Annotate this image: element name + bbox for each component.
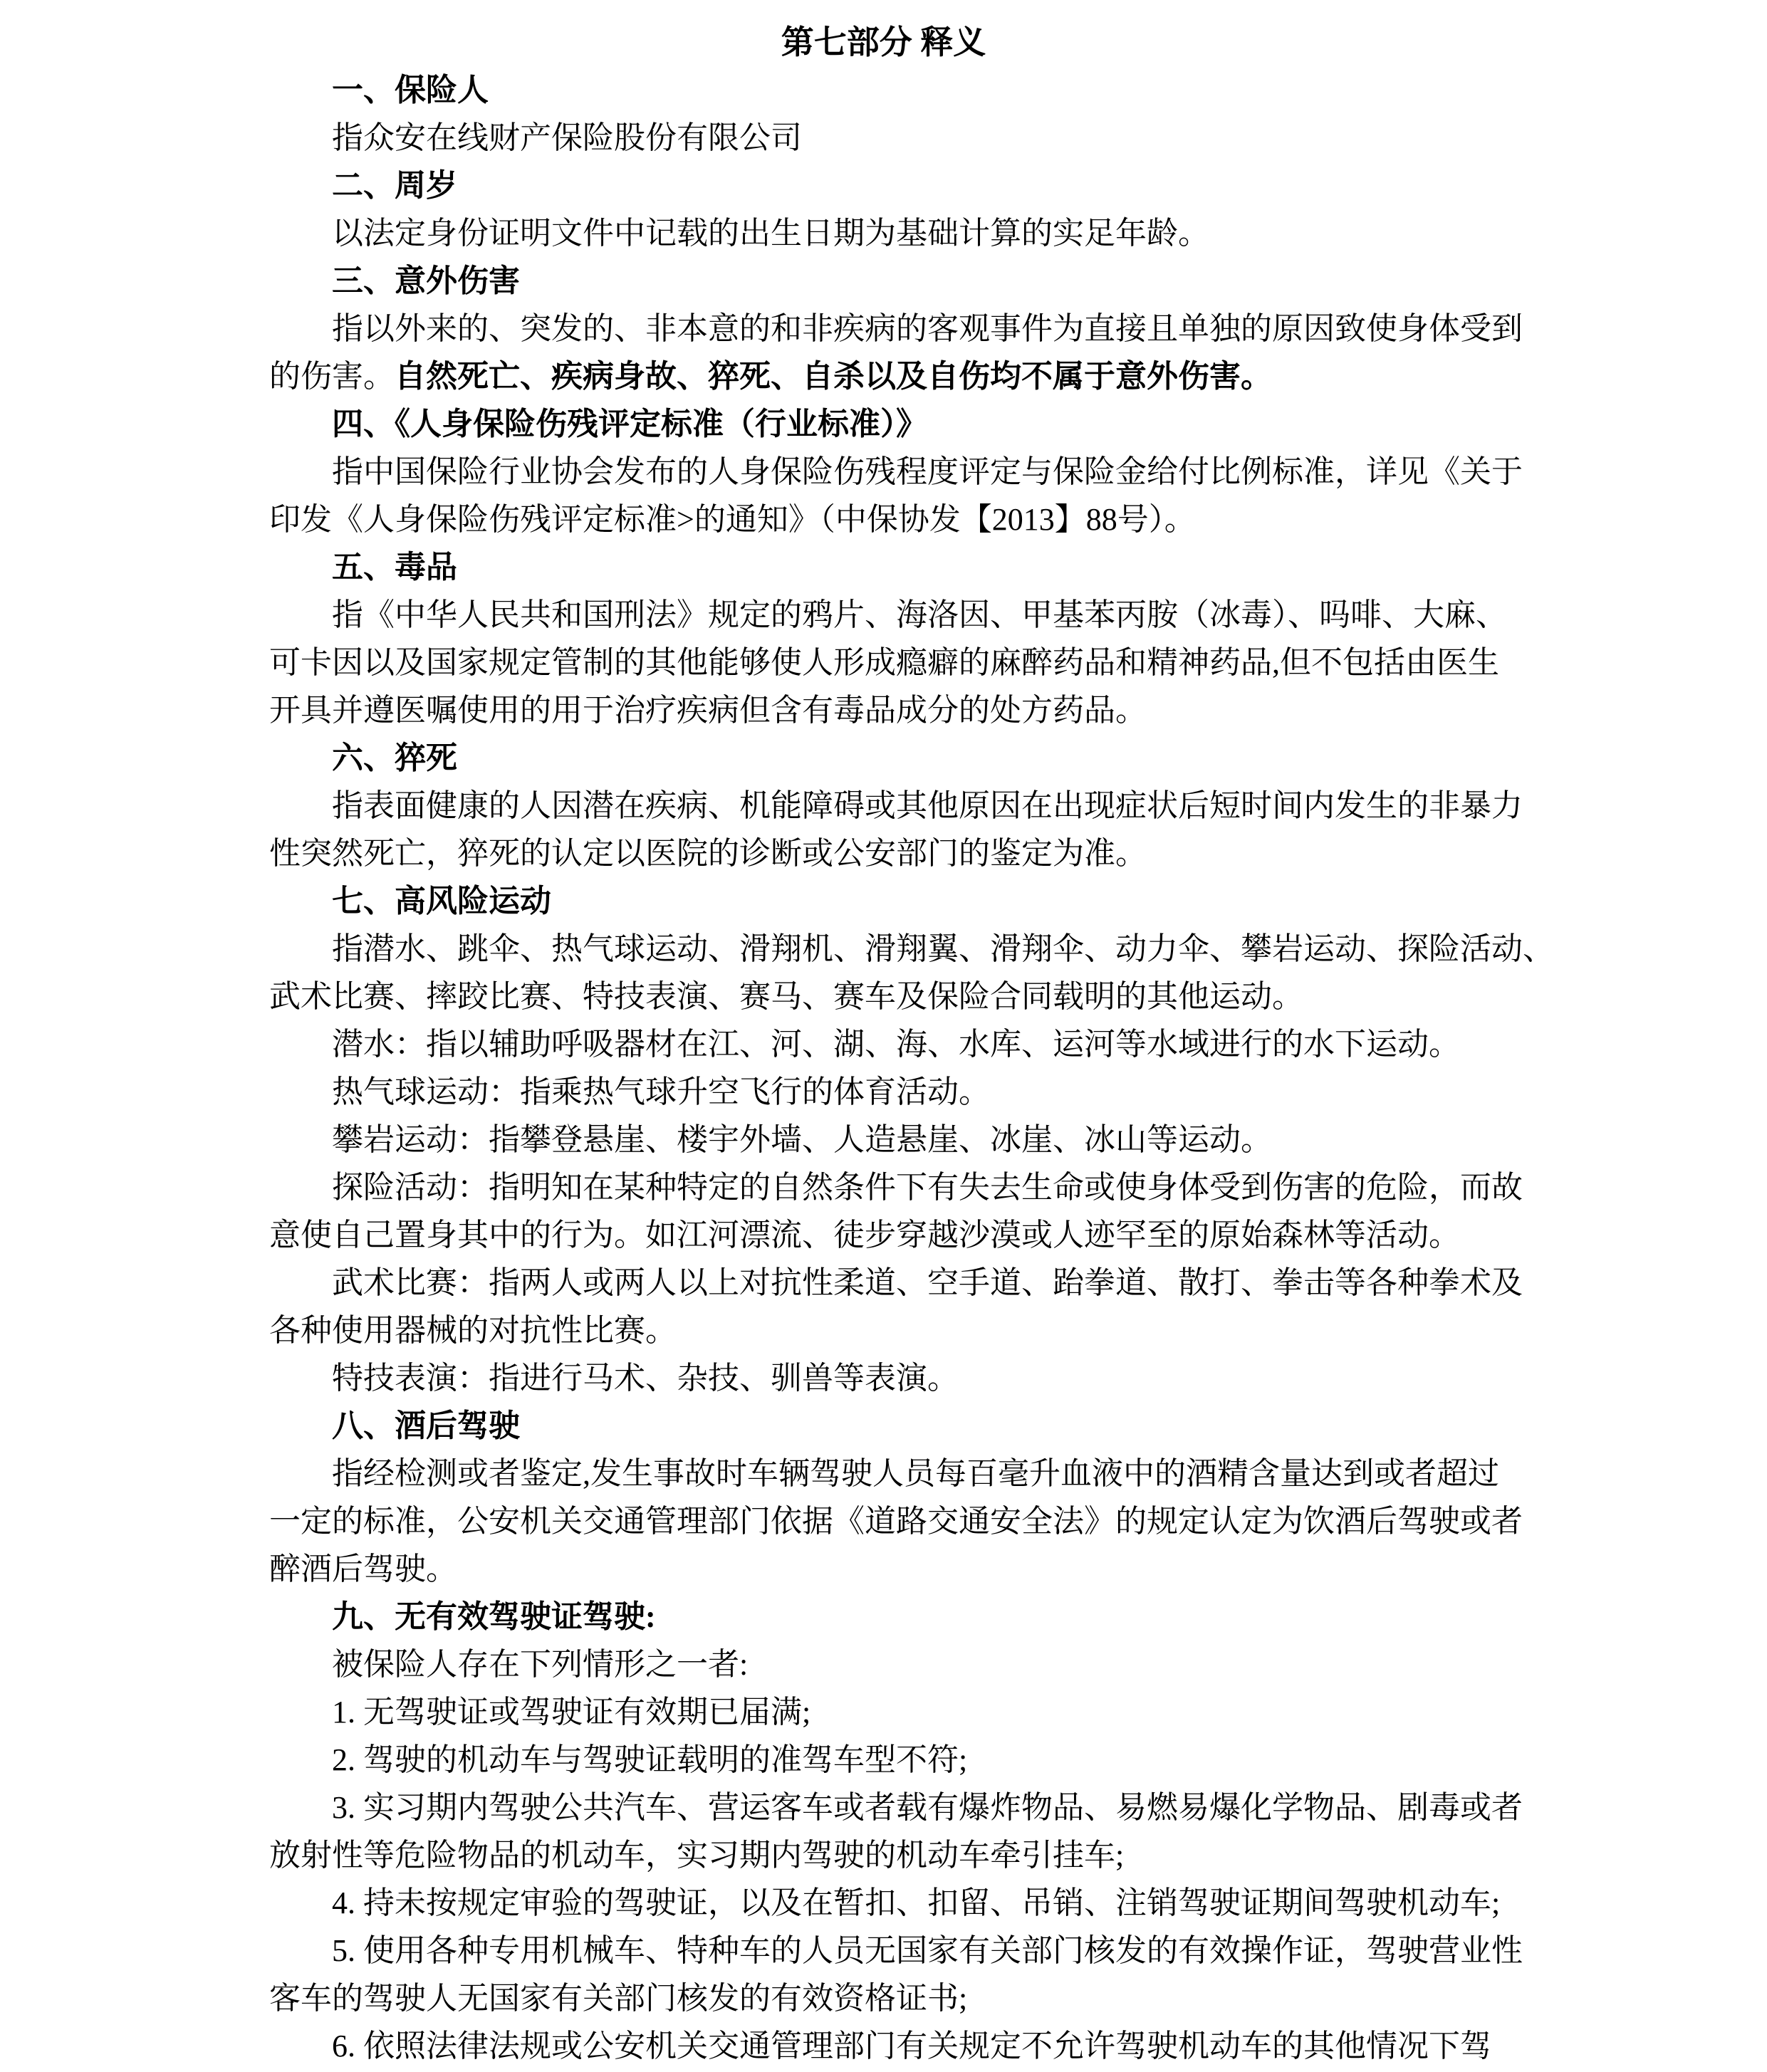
text-line: 3. 实习期内驾驶公共汽车、营运客车或者载有爆炸物品、易燃易爆化学物品、剧毒或者 [269, 1784, 1525, 1831]
section-heading: 七、高风险运动 [269, 877, 1525, 925]
text-segment: 二、周岁 [332, 168, 457, 203]
text-line: 印发《人身保险伤残评定标准>的通知》（中保协发【2013】88号）。 [269, 496, 1525, 543]
text-segment: 各种使用器械的对抗性比赛。 [269, 1313, 677, 1348]
section-heading: 四、《人身保险伤残评定标准（行业标准）》 [269, 400, 1525, 448]
document-page: 第七部分 释义 一、保险人指众安在线财产保险股份有限公司二、周岁以法定身份证明文… [0, 0, 1767, 2072]
text-line: 各种使用器械的对抗性比赛。 [269, 1307, 1525, 1354]
section-heading: 二、周岁 [269, 162, 1525, 209]
text-line: 6. 依照法律法规或公安机关交通管理部门有关规定不允许驾驶机动车的其他情况下驾 [269, 2022, 1525, 2070]
text-line: 的伤害。自然死亡、疾病身故、猝死、自杀以及自伤均不属于意外伤害。 [269, 352, 1525, 400]
text-line: 指众安在线财产保险股份有限公司 [269, 114, 1525, 162]
text-line: 指表面健康的人因潜在疾病、机能障碍或其他原因在出现症状后短时间内发生的非暴力 [269, 782, 1525, 830]
text-line: 性突然死亡，猝死的认定以医院的诊断或公安部门的鉴定为准。 [269, 830, 1525, 877]
section-heading: 三、意外伤害 [269, 257, 1525, 305]
section-heading: 六、猝死 [269, 734, 1525, 782]
text-segment: 指众安在线财产保险股份有限公司 [332, 120, 802, 155]
text-segment: 意使自己置身其中的行为。如江河漂流、徒步穿越沙漠或人迹罕至的原始森林等活动。 [269, 1218, 1460, 1252]
document-body: 一、保险人指众安在线财产保险股份有限公司二、周岁以法定身份证明文件中记载的出生日… [269, 66, 1525, 2070]
text-segment: 可卡因以及国家规定管制的其他能够使人形成瘾癖的麻醉药品和精神药品,但不包括由医生 [269, 645, 1499, 680]
text-line: 4. 持未按规定审验的驾驶证，以及在暂扣、扣留、吊销、注销驾驶证期间驾驶机动车; [269, 1879, 1525, 1927]
text-segment: 六、猝死 [332, 741, 457, 775]
text-segment: 客车的驾驶人无国家有关部门核发的有效资格证书; [269, 1981, 967, 2016]
text-segment: 特技表演：指进行马术、杂技、驯兽等表演。 [332, 1361, 959, 1396]
text-line: 可卡因以及国家规定管制的其他能够使人形成瘾癖的麻醉药品和精神药品,但不包括由医生 [269, 639, 1525, 686]
text-line: 指经检测或者鉴定,发生事故时车辆驾驶人员每百毫升血液中的酒精含量达到或者超过 [269, 1450, 1525, 1497]
text-segment: 2. 驾驶的机动车与驾驶证载明的准驾车型不符; [332, 1742, 967, 1777]
text-line: 开具并遵医嘱使用的用于治疗疾病但含有毒品成分的处方药品。 [269, 686, 1525, 734]
text-segment: 性突然死亡，猝死的认定以医院的诊断或公安部门的鉴定为准。 [269, 836, 1147, 871]
text-segment: 指表面健康的人因潜在疾病、机能障碍或其他原因在出现症状后短时间内发生的非暴力 [332, 788, 1523, 823]
text-line: 特技表演：指进行马术、杂技、驯兽等表演。 [269, 1354, 1525, 1402]
text-segment: 1. 无驾驶证或驾驶证有效期已届满; [332, 1695, 810, 1730]
text-segment: 指潜水、跳伞、热气球运动、滑翔机、滑翔翼、滑翔伞、动力伞、攀岩运动、探险活动、 [332, 931, 1554, 966]
text-line: 以法定身份证明文件中记载的出生日期为基础计算的实足年龄。 [269, 209, 1525, 257]
text-segment: 的伤害。 [269, 359, 395, 394]
text-segment: 五、毒品 [332, 550, 457, 585]
section-heading: 五、毒品 [269, 543, 1525, 591]
text-line: 热气球运动：指乘热气球升空飞行的体育活动。 [269, 1068, 1525, 1116]
section-heading: 一、保险人 [269, 66, 1525, 114]
text-line: 探险活动：指明知在某种特定的自然条件下有失去生命或使身体受到伤害的危险，而故 [269, 1163, 1525, 1211]
text-line: 5. 使用各种专用机械车、特种车的人员无国家有关部门核发的有效操作证，驾驶营业性 [269, 1927, 1525, 1974]
text-line: 潜水：指以辅助呼吸器材在江、河、湖、海、水库、运河等水域进行的水下运动。 [269, 1020, 1525, 1068]
text-segment: 印发《人身保险伤残评定标准>的通知》（中保协发【2013】88号）。 [269, 502, 1196, 537]
text-segment: 指《中华人民共和国刑法》规定的鸦片、海洛因、甲基苯丙胺（冰毒）、吗啡、大麻、 [332, 597, 1507, 632]
text-segment: 4. 持未按规定审验的驾驶证，以及在暂扣、扣留、吊销、注销驾驶证期间驾驶机动车; [332, 1885, 1500, 1920]
text-segment: 四、《人身保险伤残评定标准（行业标准）》 [332, 407, 927, 441]
text-line: 被保险人存在下列情形之一者: [269, 1641, 1525, 1688]
text-segment: 三、意外伤害 [332, 263, 520, 298]
text-segment: 热气球运动：指乘热气球升空飞行的体育活动。 [332, 1074, 990, 1109]
document-title: 第七部分 释义 [0, 19, 1767, 66]
text-line: 醉酒后驾驶。 [269, 1545, 1525, 1593]
text-segment: 武术比赛：指两人或两人以上对抗性柔道、空手道、跆拳道、散打、拳击等各种拳术及 [332, 1265, 1523, 1300]
text-line: 指以外来的、突发的、非本意的和非疾病的客观事件为直接且单独的原因致使身体受到 [269, 305, 1525, 352]
text-line: 攀岩运动：指攀登悬崖、楼宇外墙、人造悬崖、冰崖、冰山等运动。 [269, 1116, 1525, 1163]
text-segment: 指以外来的、突发的、非本意的和非疾病的客观事件为直接且单独的原因致使身体受到 [332, 311, 1523, 346]
text-segment: 指中国保险行业协会发布的人身保险伤残程度评定与保险金给付比例标准，详见《关于 [332, 454, 1523, 489]
section-heading: 八、酒后驾驶 [269, 1402, 1525, 1450]
text-segment: 5. 使用各种专用机械车、特种车的人员无国家有关部门核发的有效操作证，驾驶营业性 [332, 1933, 1523, 1968]
text-line: 指《中华人民共和国刑法》规定的鸦片、海洛因、甲基苯丙胺（冰毒）、吗啡、大麻、 [269, 591, 1525, 639]
text-segment: 九、无有效驾驶证驾驶: [332, 1599, 656, 1634]
text-segment: 以法定身份证明文件中记载的出生日期为基础计算的实足年龄。 [332, 216, 1209, 251]
text-segment: 6. 依照法律法规或公安机关交通管理部门有关规定不允许驾驶机动车的其他情况下驾 [332, 2029, 1491, 2063]
text-segment: 七、高风险运动 [332, 884, 551, 919]
section-heading: 九、无有效驾驶证驾驶: [269, 1593, 1525, 1641]
text-line: 武术比赛、摔跤比赛、特技表演、赛马、赛车及保险合同载明的其他运动。 [269, 973, 1525, 1020]
text-line: 一定的标准，公安机关交通管理部门依据《道路交通安全法》的规定认定为饮酒后驾驶或者 [269, 1497, 1525, 1545]
text-line: 客车的驾驶人无国家有关部门核发的有效资格证书; [269, 1974, 1525, 2022]
text-line: 指潜水、跳伞、热气球运动、滑翔机、滑翔翼、滑翔伞、动力伞、攀岩运动、探险活动、 [269, 925, 1525, 973]
text-segment: 探险活动：指明知在某种特定的自然条件下有失去生命或使身体受到伤害的危险，而故 [332, 1170, 1523, 1205]
text-line: 指中国保险行业协会发布的人身保险伤残程度评定与保险金给付比例标准，详见《关于 [269, 448, 1525, 496]
text-segment: 开具并遵医嘱使用的用于治疗疾病但含有毒品成分的处方药品。 [269, 693, 1147, 728]
text-segment: 一、保险人 [332, 73, 489, 108]
text-segment: 3. 实习期内驾驶公共汽车、营运客车或者载有爆炸物品、易燃易爆化学物品、剧毒或者 [332, 1790, 1523, 1825]
text-segment: 自然死亡、疾病身故、猝死、自杀以及自伤均不属于意外伤害。 [395, 359, 1272, 394]
text-segment: 指经检测或者鉴定,发生事故时车辆驾驶人员每百毫升血液中的酒精含量达到或者超过 [332, 1456, 1499, 1491]
text-line: 1. 无驾驶证或驾驶证有效期已届满; [269, 1688, 1525, 1736]
text-segment: 武术比赛、摔跤比赛、特技表演、赛马、赛车及保险合同载明的其他运动。 [269, 979, 1303, 1014]
text-segment: 被保险人存在下列情形之一者: [332, 1647, 748, 1682]
text-segment: 八、酒后驾驶 [332, 1408, 520, 1443]
text-segment: 攀岩运动：指攀登悬崖、楼宇外墙、人造悬崖、冰崖、冰山等运动。 [332, 1122, 1272, 1157]
text-segment: 潜水：指以辅助呼吸器材在江、河、湖、海、水库、运河等水域进行的水下运动。 [332, 1027, 1460, 1062]
text-line: 放射性等危险物品的机动车，实习期内驾驶的机动车牵引挂车; [269, 1831, 1525, 1879]
text-segment: 放射性等危险物品的机动车，实习期内驾驶的机动车牵引挂车; [269, 1838, 1124, 1873]
text-segment: 醉酒后驾驶。 [269, 1552, 457, 1586]
text-line: 武术比赛：指两人或两人以上对抗性柔道、空手道、跆拳道、散打、拳击等各种拳术及 [269, 1259, 1525, 1307]
text-line: 意使自己置身其中的行为。如江河漂流、徒步穿越沙漠或人迹罕至的原始森林等活动。 [269, 1211, 1525, 1259]
text-segment: 一定的标准，公安机关交通管理部门依据《道路交通安全法》的规定认定为饮酒后驾驶或者 [269, 1504, 1523, 1539]
text-line: 2. 驾驶的机动车与驾驶证载明的准驾车型不符; [269, 1736, 1525, 1784]
